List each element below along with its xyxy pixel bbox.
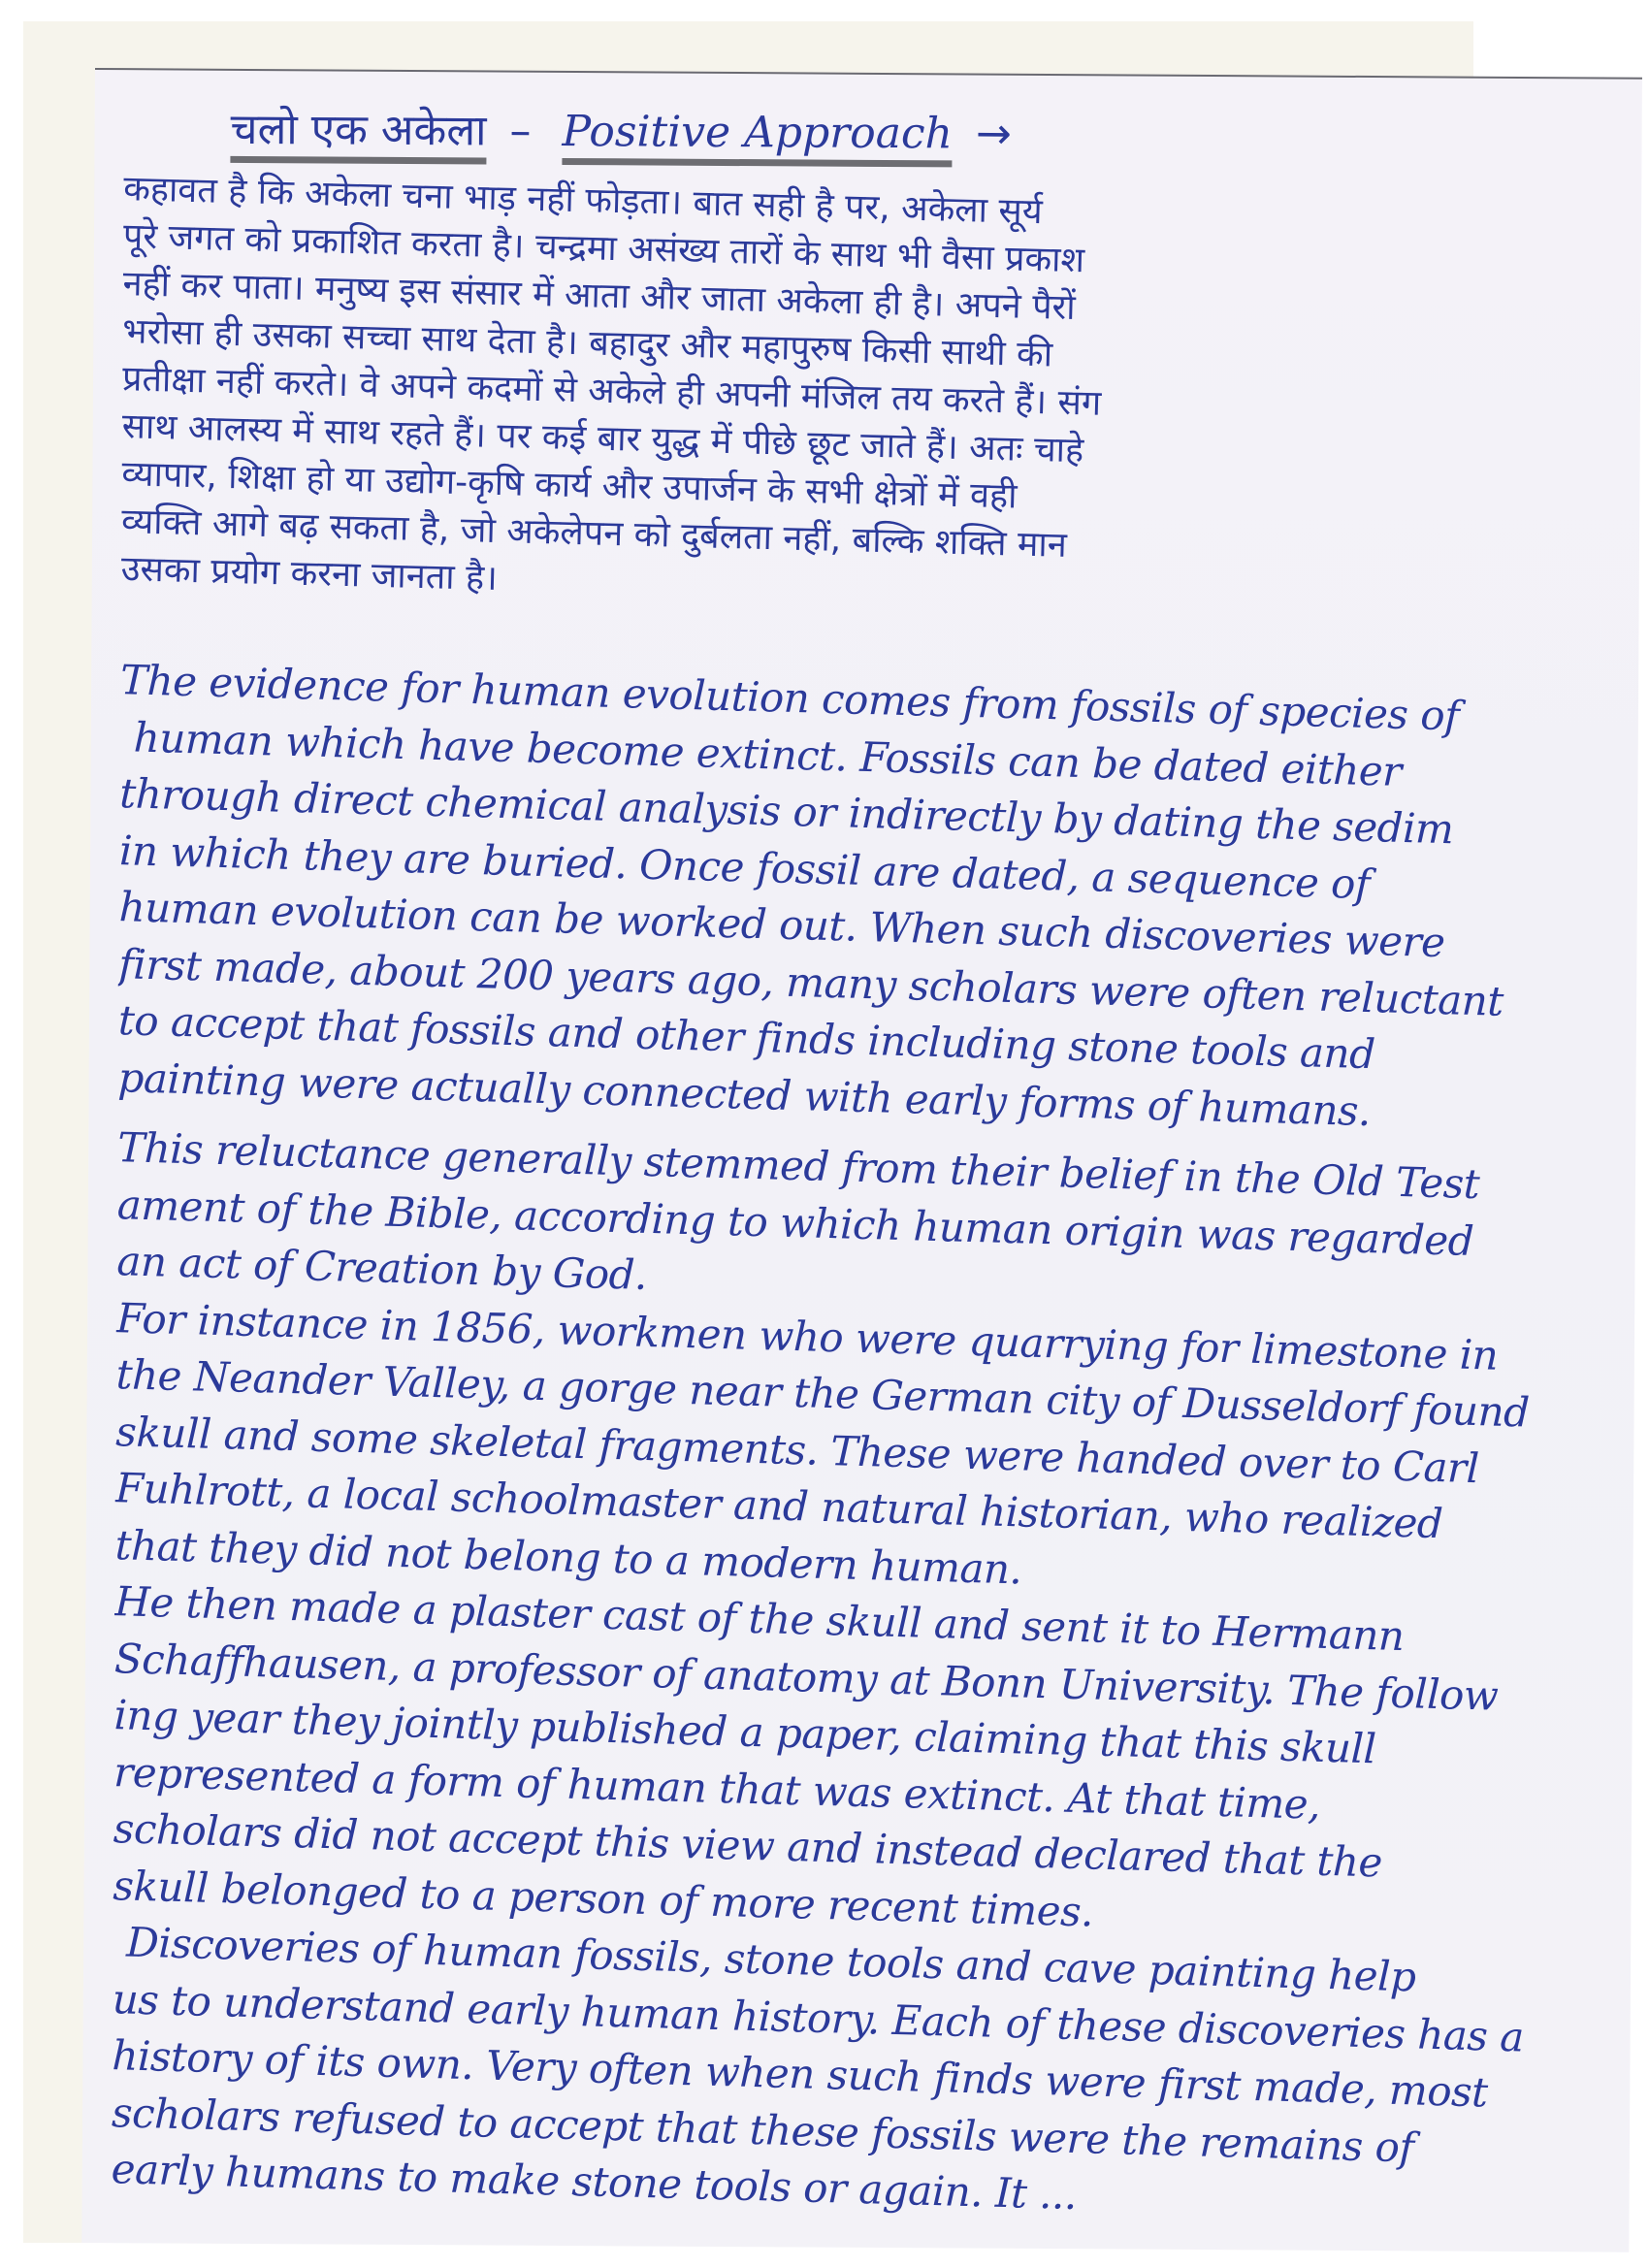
english-passage: The evidence for human evolution comes f… bbox=[112, 652, 1644, 2207]
hindi-paragraph: कहावत है कि अकेला चना भाड़ नहीं फोड़ता। … bbox=[121, 165, 1637, 602]
handwritten-sheet: चलो एक अकेला – Positive Approach → कहावत… bbox=[81, 68, 1642, 2252]
title-hindi: चलो एक अकेला bbox=[230, 105, 486, 165]
title-english: Positive Approach bbox=[562, 107, 953, 167]
title-separator: – bbox=[509, 107, 531, 156]
page-title: चलो एक अकेला – Positive Approach → bbox=[230, 98, 1012, 161]
arrow-right-icon: → bbox=[976, 110, 1012, 159]
